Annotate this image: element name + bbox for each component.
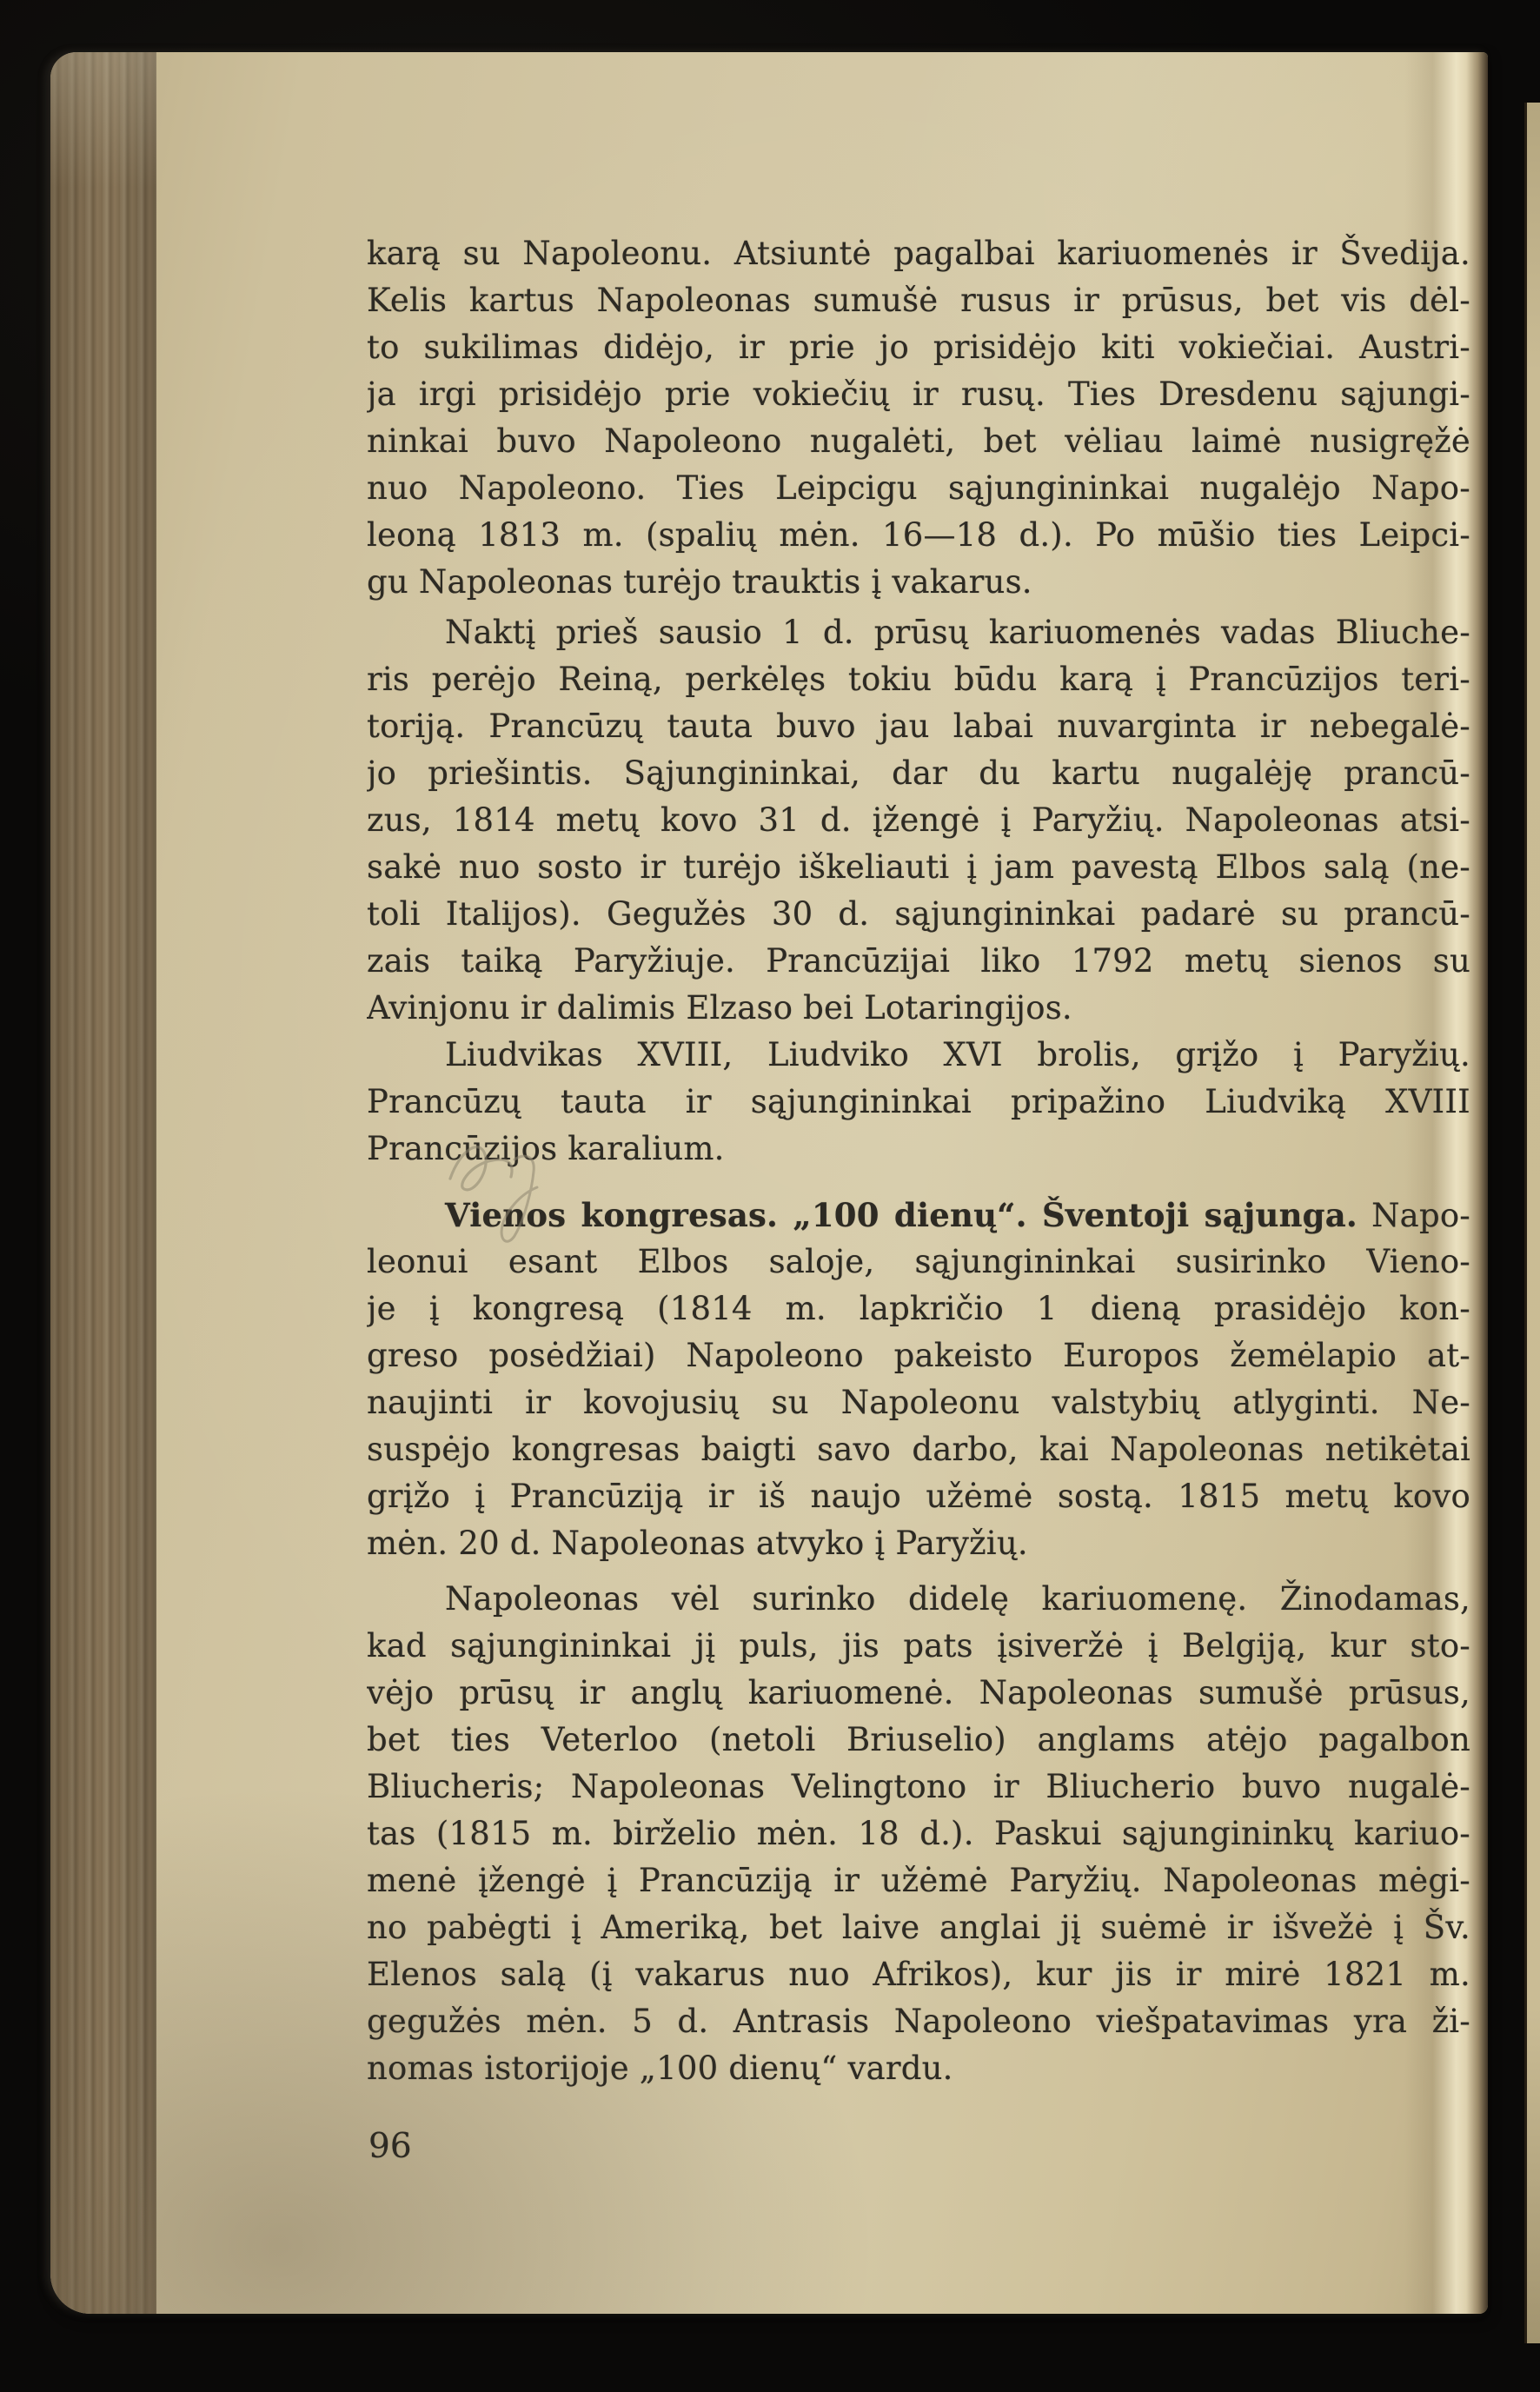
- text-line: Napoleonas vėl surinko didelę kariuomenę…: [367, 1576, 1470, 1623]
- text-line: Elenos salą (į vakarus nuo Afrikos), kur…: [367, 1951, 1470, 1998]
- text-line: gegužės mėn. 5 d. Antrasis Napoleono vie…: [367, 1998, 1470, 2045]
- paragraph: karą su Napoleonu. Atsiuntė pagalbai kar…: [367, 230, 1470, 606]
- text-line: greso posėdžiai) Napoleono pakeisto Euro…: [367, 1332, 1470, 1379]
- text-line: zus, 1814 metų kovo 31 d. įžengė į Paryž…: [367, 797, 1470, 844]
- book-page: karą su Napoleonu. Atsiuntė pagalbai kar…: [50, 52, 1488, 2314]
- text-line: grįžo į Prancūziją ir iš naujo užėmė sos…: [367, 1473, 1470, 1520]
- text-line: Bliucheris; Napoleonas Velingtono ir Bli…: [367, 1764, 1470, 1811]
- text-line: nomas istorijoje „100 dienų“ vardu.: [367, 2045, 1470, 2092]
- text-line: toriją. Prancūzų tauta buvo jau labai nu…: [367, 703, 1470, 750]
- text-line: karą su Napoleonu. Atsiuntė pagalbai kar…: [367, 230, 1470, 277]
- text-line: Avinjonu ir dalimis Elzaso bei Lotaringi…: [367, 985, 1470, 1032]
- text-line: zais taiką Paryžiuje. Prancūzijai liko 1…: [367, 938, 1470, 985]
- text-line: to sukilimas didėjo, ir prie jo prisidėj…: [367, 324, 1470, 371]
- adjacent-page-edge: [1524, 103, 1540, 2343]
- text-line: kad sąjungininkai jį puls, jis pats įsiv…: [367, 1623, 1470, 1670]
- text-line: jo priešintis. Sąjungininkai, dar du kar…: [367, 750, 1470, 797]
- text-line: ninkai buvo Napoleono nugalėti, bet vėli…: [367, 418, 1470, 465]
- text-line: nuo Napoleono. Ties Leipcigu sąjunginink…: [367, 465, 1470, 512]
- text-line: ris perėjo Reiną, perkėlęs tokiu būdu ka…: [367, 656, 1470, 703]
- text-line: ja irgi prisidėjo prie vokiečių ir rusų.…: [367, 371, 1470, 418]
- paragraph: Naktį prieš sausio 1 d. prūsų kariuomenė…: [367, 609, 1470, 1032]
- text-line: menė įžengė į Prancūziją ir užėmė Paryži…: [367, 1857, 1470, 1904]
- text-line: gu Napoleonas turėjo trauktis į vakarus.: [367, 559, 1470, 606]
- text-line: mėn. 20 d. Napoleonas atvyko į Paryžių.: [367, 1520, 1470, 1567]
- page-fore-edge: [50, 52, 156, 2314]
- text-line: Naktį prieš sausio 1 d. prūsų kariuomenė…: [367, 609, 1470, 656]
- text-line: leoną 1813 m. (spalių mėn. 16—18 d.). Po…: [367, 512, 1470, 559]
- text-line: bet ties Veterloo (netoli Briuselio) ang…: [367, 1717, 1470, 1764]
- text-line: suspėjo kongresas baigti savo darbo, kai…: [367, 1426, 1470, 1473]
- text-line: tas (1815 m. birželio mėn. 18 d.). Pasku…: [367, 1811, 1470, 1857]
- text-line: no pabėgti į Ameriką, bet laive anglai j…: [367, 1904, 1470, 1951]
- text-line: Kelis kartus Napoleonas sumušė rusus ir …: [367, 277, 1470, 324]
- pencil-scribble-mark: [435, 1114, 591, 1253]
- text-line: naujinti ir kovojusių su Napoleonu valst…: [367, 1379, 1470, 1426]
- paragraph: Napoleonas vėl surinko didelę kariuomenę…: [367, 1576, 1470, 2092]
- text-line: je į kongresą (1814 m. lapkričio 1 dieną…: [367, 1286, 1470, 1332]
- text-line: toli Italijos). Gegužės 30 d. sąjunginin…: [367, 891, 1470, 938]
- text-line: sakė nuo sosto ir turėjo iškeliauti į ja…: [367, 844, 1470, 891]
- scan-background: karą su Napoleonu. Atsiuntė pagalbai kar…: [0, 0, 1540, 2392]
- text-line: vėjo prūsų ir anglų kariuomenė. Napoleon…: [367, 1670, 1470, 1717]
- text-line: Liudvikas XVIII, Liudviko XVI brolis, gr…: [367, 1032, 1470, 1079]
- page-number: 96: [368, 2121, 412, 2173]
